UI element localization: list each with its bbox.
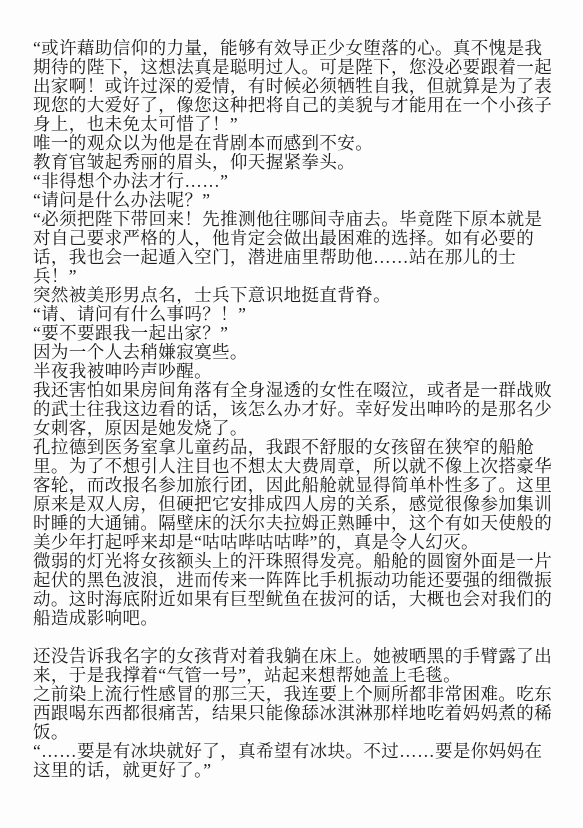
text-line: 西跟喝东西都很痛苦，结果只能像舔冰淇淋那样地吃着妈妈煮的稀 [33,704,553,723]
text-line: 起伏的黑色波浪，进而传来一阵阵比手机振动功能还要强的细微振 [33,571,553,590]
text-line: 来，于是我撑着“气管一号”，站起来想帮她盖上毛毯。 [33,666,553,685]
text-line: 美少年打起呼来却是“咕咕哔咕咕哔”的，真是令人幻灭。 [33,533,553,552]
text-line: “非得想个办法才行……” [33,172,553,191]
text-line: 出家啊！或许过深的爱情，有时候必须牺牲自我，但就算是为了表 [33,77,553,96]
text-line: 孔拉德到医务室拿儿童药品，我跟不舒服的女孩留在狭窄的船舱 [33,438,553,457]
text-line: 对自己要求严格的人，他肯定会做出最困难的选择。如有必要的 [33,229,553,248]
text-line: 话，我也会一起遁入空门，潜进庙里帮助他……站在那儿的士 [33,248,553,267]
text-line: 现您的大爱好了，像您这种把将自己的美貌与才能用在一个小孩子 [33,96,553,115]
text-line: 微弱的灯光将女孩额头上的汗珠照得发亮。船舱的圆窗外面是一片 [33,552,553,571]
text-line: 的武士往我这边看的话，该怎么办才好。幸好发出呻吟的是那名少 [33,400,553,419]
text-line: 期待的陛下，这想法真是聪明过人。可是陛下，您没必要跟着一起 [33,58,553,77]
text-line: 半夜我被呻吟声吵醒。 [33,362,553,381]
text-line: “必须把陛下带回来！先推测他往哪间寺庙去。毕竟陛下原本就是 [33,210,553,229]
text-line: 突然被美形男点名，士兵下意识地挺直背脊。 [33,286,553,305]
text-line: 兵！” [33,267,553,286]
text-line: 因为一个人去稍嫌寂寞些。 [33,343,553,362]
blank-line [33,628,553,647]
text-line: 动。这时海底附近如果有巨型鱿鱼在拔河的话，大概也会对我们的 [33,590,553,609]
text-line: 原来是双人房，但硬把它安排成四人房的关系，感觉很像参加集训 [33,495,553,514]
text-line: 之前染上流行性感冒的那三天，我连要上个厕所都非常困难。吃东 [33,685,553,704]
text-line: 唯一的观众以为他是在背剧本而感到不安。 [33,134,553,153]
text-line: 里。为了不想引人注目也不想太大费周章，所以就不像上次搭豪华 [33,457,553,476]
text-line: 客轮，而改报名参加旅行团，因此船舱就显得简单朴性多了。这里 [33,476,553,495]
text-line: 时睡的大通铺。隔壁床的沃尔夫拉姆正熟睡中，这个有如天使般的 [33,514,553,533]
text-line: “或许藉助信仰的力量，能够有效导正少女堕落的心。真不愧是我 [33,39,553,58]
text-line: 女刺客，原因是她发烧了。 [33,419,553,438]
text-line: 教育官皱起秀丽的眉头，仰天握紧拳头。 [33,153,553,172]
text-line: “请问是什么办法呢？” [33,191,553,210]
text-line: 这里的话，就更好了。” [33,761,553,780]
text-line: 船造成影响吧。 [33,609,553,628]
text-line: 还没告诉我名字的女孩背对着我躺在床上。她被晒黑的手臂露了出 [33,647,553,666]
text-line: “请、请问有什么事吗？！” [33,305,553,324]
book-page: “或许藉助信仰的力量，能够有效导正少女堕落的心。真不愧是我期待的陛下，这想法真是… [0,0,583,828]
text-line: 我还害怕如果房间角落有全身湿透的女性在啜泣，或者是一群战败 [33,381,553,400]
text-line: 饭。 [33,723,553,742]
text-line: 身上，也未免太可惜了！” [33,115,553,134]
text-line: “要不要跟我一起出家？” [33,324,553,343]
text-block: “或许藉助信仰的力量，能够有效导正少女堕落的心。真不愧是我期待的陛下，这想法真是… [33,39,553,780]
text-line: “……要是有冰块就好了，真希望有冰块。不过……要是你妈妈在 [33,742,553,761]
